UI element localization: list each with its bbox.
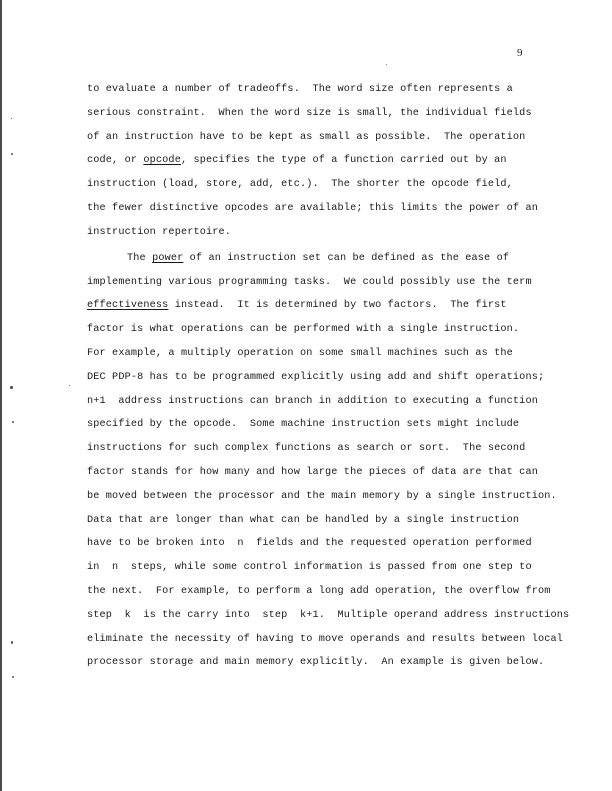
text-run: implementing various programming tasks. … xyxy=(87,277,532,288)
text-line: serious constraint. When the word size i… xyxy=(87,106,567,130)
page-number: 9 xyxy=(517,47,523,59)
text-run: serious constraint. When the word size i… xyxy=(87,108,532,119)
scan-speck xyxy=(386,64,387,65)
text-line: processor storage and main memory explic… xyxy=(87,655,567,679)
scan-speck xyxy=(11,153,13,155)
scan-speck xyxy=(10,386,13,389)
text-line: implementing various programming tasks. … xyxy=(87,275,567,299)
paragraph: The power of an instruction set can be d… xyxy=(87,251,567,679)
text-run: of an instruction set can be defined as … xyxy=(183,253,509,264)
text-run: eliminate the necessity of having to mov… xyxy=(87,634,563,645)
text-run: of an instruction have to be kept as sma… xyxy=(87,132,525,143)
text-line: instruction (load, store, add, etc.). Th… xyxy=(87,177,567,201)
text-line: effectiveness instead. It is determined … xyxy=(87,298,567,322)
text-line: the fewer distinctive opcodes are availa… xyxy=(87,201,567,225)
text-line: instruction repertoire. xyxy=(87,225,567,249)
text-run: instructions for such complex functions … xyxy=(87,443,525,454)
text-run: n+1 address instructions can branch in a… xyxy=(87,396,538,407)
text-line: be moved between the processor and the m… xyxy=(87,489,567,513)
text-run: Data that are longer than what can be ha… xyxy=(87,515,519,526)
text-line: instructions for such complex functions … xyxy=(87,441,567,465)
text-run: For example, a multiply operation on som… xyxy=(87,348,513,359)
text-line: Data that are longer than what can be ha… xyxy=(87,513,567,537)
text-line: factor stands for how many and how large… xyxy=(87,465,567,489)
text-run: The xyxy=(127,253,152,264)
scan-speck xyxy=(11,118,12,119)
text-run: DEC PDP-8 has to be programmed explicitl… xyxy=(87,372,544,383)
underlined-term: opcode xyxy=(143,155,181,166)
text-line: step k is the carry into step k+1. Multi… xyxy=(87,608,567,632)
text-run: have to be broken into n fields and the … xyxy=(87,538,532,549)
text-run: factor is what operations can be perform… xyxy=(87,324,519,335)
text-run: the next. For example, to perform a long… xyxy=(87,586,551,597)
text-line: have to be broken into n fields and the … xyxy=(87,536,567,560)
text-run: to evaluate a number of tradeoffs. The w… xyxy=(87,84,513,95)
text-run: step k is the carry into step k+1. Multi… xyxy=(87,610,569,621)
text-line: the next. For example, to perform a long… xyxy=(87,584,567,608)
document-body: to evaluate a number of tradeoffs. The w… xyxy=(87,82,567,679)
text-line: to evaluate a number of tradeoffs. The w… xyxy=(87,82,567,106)
text-run: in n steps, while some control informati… xyxy=(87,562,532,573)
underlined-term: power xyxy=(152,253,183,264)
scan-speck xyxy=(12,676,14,678)
text-line: in n steps, while some control informati… xyxy=(87,560,567,584)
text-line: eliminate the necessity of having to mov… xyxy=(87,632,567,656)
text-line: The power of an instruction set can be d… xyxy=(87,251,567,275)
text-run: instruction (load, store, add, etc.). Th… xyxy=(87,179,513,190)
text-run: be moved between the processor and the m… xyxy=(87,491,557,502)
text-run: factor stands for how many and how large… xyxy=(87,467,538,478)
text-line: code, or opcode, specifies the type of a… xyxy=(87,153,567,177)
scan-speck xyxy=(69,385,70,386)
text-run: the fewer distinctive opcodes are availa… xyxy=(87,203,538,214)
scan-speck xyxy=(12,421,14,423)
page-left-edge xyxy=(0,0,2,791)
text-line: specified by the opcode. Some machine in… xyxy=(87,417,567,441)
text-run: code, or xyxy=(87,155,143,166)
scan-speck xyxy=(11,641,13,644)
paragraph: to evaluate a number of tradeoffs. The w… xyxy=(87,82,567,249)
text-run: , specifies the type of a function carri… xyxy=(181,155,507,166)
text-run: instruction repertoire. xyxy=(87,227,231,238)
text-line: of an instruction have to be kept as sma… xyxy=(87,130,567,154)
text-line: For example, a multiply operation on som… xyxy=(87,346,567,370)
underlined-term: effectiveness xyxy=(87,300,168,311)
text-line: factor is what operations can be perform… xyxy=(87,322,567,346)
text-line: DEC PDP-8 has to be programmed explicitl… xyxy=(87,370,567,394)
text-run: processor storage and main memory explic… xyxy=(87,657,544,668)
text-line: n+1 address instructions can branch in a… xyxy=(87,394,567,418)
text-run: instead. It is determined by two factors… xyxy=(168,300,506,311)
text-run: specified by the opcode. Some machine in… xyxy=(87,419,519,430)
